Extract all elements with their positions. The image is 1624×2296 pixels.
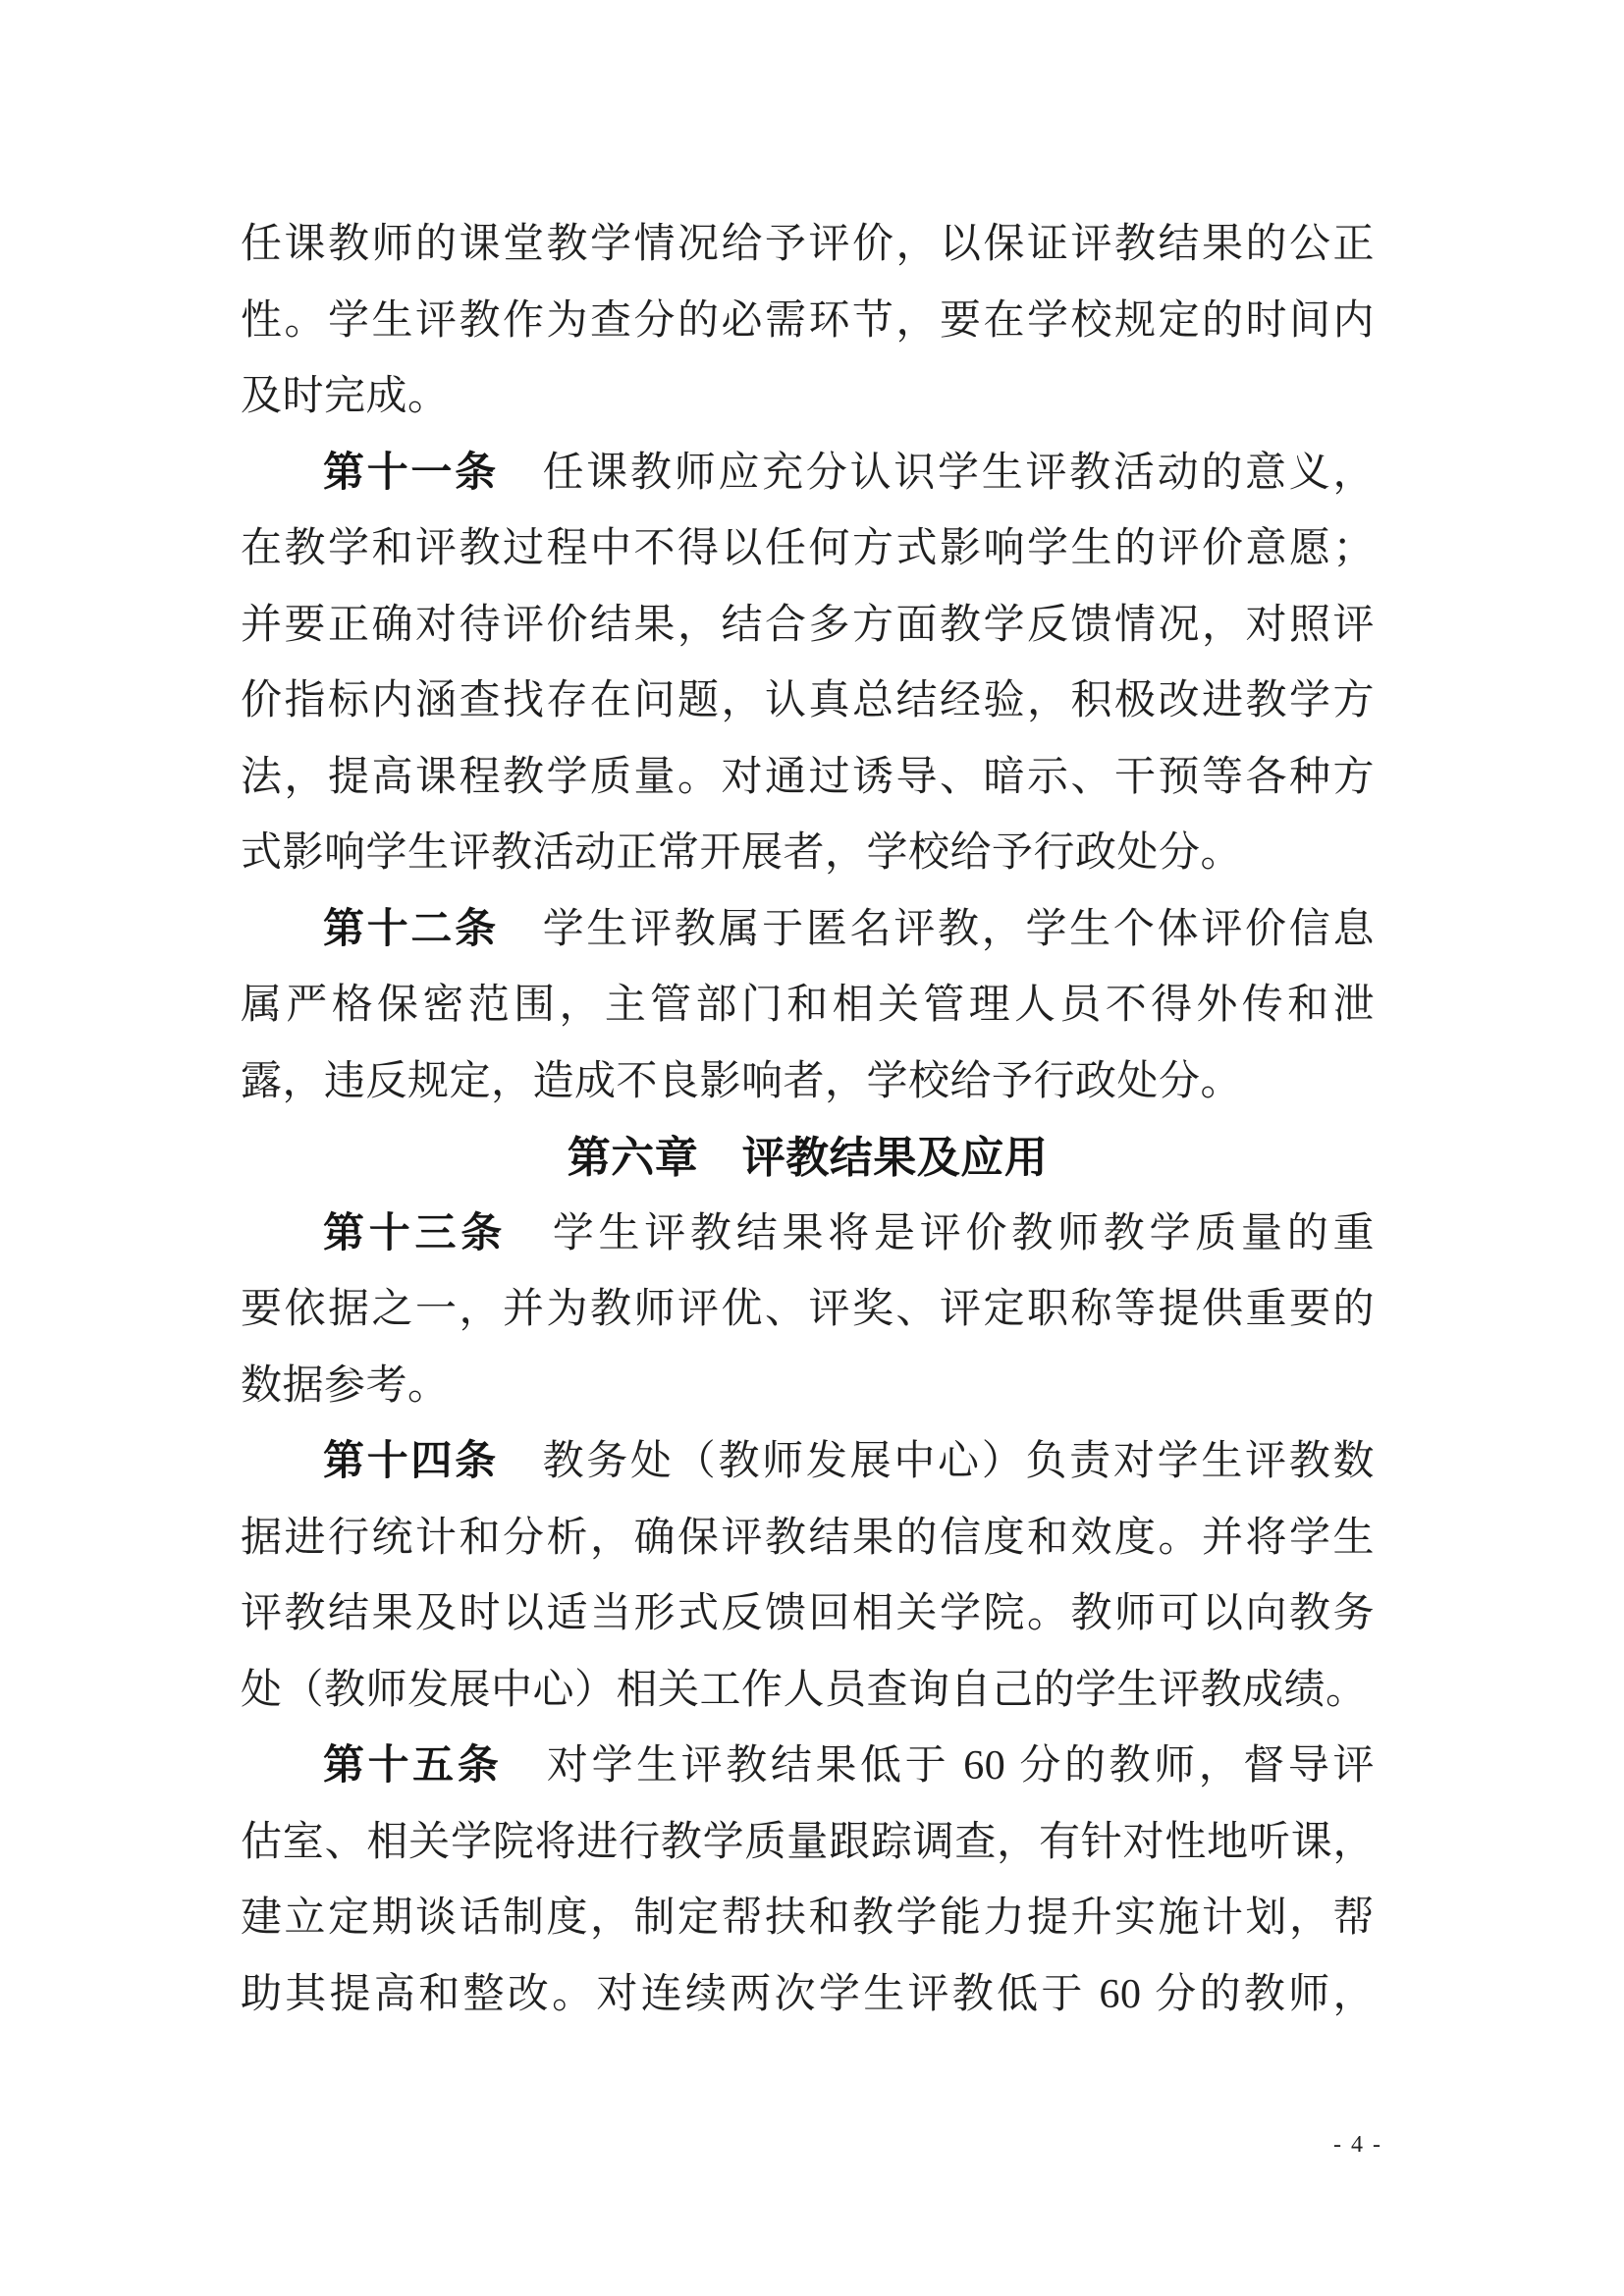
text-line: 要依据之一，并为教师评优、评奖、评定职称等提供重要的 xyxy=(241,1272,1375,1349)
text-line: 任课教师的课堂教学情况给予评价，以保证评教结果的公正 xyxy=(241,207,1375,284)
line-text: 任课教师应充分认识学生评教活动的意义， xyxy=(499,451,1375,496)
text-line: 属严格保密范围，主管部门和相关管理人员不得外传和泄 xyxy=(241,968,1375,1044)
article-number: 第十四条 xyxy=(323,1439,499,1484)
text-line: 及时完成。 xyxy=(241,359,1375,436)
text-line: 露，违反规定，造成不良影响者，学校给予行政处分。 xyxy=(241,1044,1375,1121)
line-text: 学生评教属于匿名评教，学生个体评价信息 xyxy=(499,907,1375,952)
text-line: 第十一条 任课教师应充分认识学生评教活动的意义， xyxy=(241,436,1375,512)
text-line: 建立定期谈话制度，制定帮扶和教学能力提升实施计划，帮 xyxy=(241,1881,1375,1957)
text-line: 性。学生评教作为查分的必需环节，要在学校规定的时间内 xyxy=(241,284,1375,360)
line-text: 对学生评教结果低于 60 分的教师，督导评 xyxy=(502,1743,1375,1789)
document-lines: 任课教师的课堂教学情况给予评价，以保证评教结果的公正性。学生评教作为查分的必需环… xyxy=(241,207,1375,2033)
document-page: 任课教师的课堂教学情况给予评价，以保证评教结果的公正性。学生评教作为查分的必需环… xyxy=(0,0,1624,2296)
text-line: 第十四条 教务处（教师发展中心）负责对学生评教数 xyxy=(241,1424,1375,1501)
text-line: 价指标内涵查找存在问题，认真总结经验，积极改进教学方 xyxy=(241,664,1375,740)
article-number: 第十三条 xyxy=(323,1211,507,1256)
text-line: 据进行统计和分析，确保评教结果的信度和效度。并将学生 xyxy=(241,1501,1375,1577)
text-line: 在教学和评教过程中不得以任何方式影响学生的评价意愿； xyxy=(241,511,1375,588)
article-number: 第十二条 xyxy=(323,907,499,952)
text-line: 并要正确对待评价结果，结合多方面教学反馈情况，对照评 xyxy=(241,588,1375,665)
text-line: 第十三条 学生评教结果将是评价教师教学质量的重 xyxy=(241,1197,1375,1273)
text-line: 式影响学生评教活动正常开展者，学校给予行政处分。 xyxy=(241,816,1375,892)
page-number: - 4 - xyxy=(1333,2132,1382,2158)
text-line: 评教结果及时以适当形式反馈回相关学院。教师可以向教务 xyxy=(241,1576,1375,1653)
article-number: 第十五条 xyxy=(323,1743,502,1789)
text-line: 第十二条 学生评教属于匿名评教，学生个体评价信息 xyxy=(241,892,1375,969)
text-line: 助其提高和整改。对连续两次学生评教低于 60 分的教师， xyxy=(241,1957,1375,2034)
text-line: 估室、相关学院将进行教学质量跟踪调查，有针对性地听课， xyxy=(241,1805,1375,1882)
page-footer: - 4 - xyxy=(1333,2130,1382,2160)
line-text: 学生评教结果将是评价教师教学质量的重 xyxy=(507,1211,1375,1256)
text-line: 处（教师发展中心）相关工作人员查询自己的学生评教成绩。 xyxy=(241,1653,1375,1730)
text-line: 第十五条 对学生评教结果低于 60 分的教师，督导评 xyxy=(241,1729,1375,1805)
text-line: 法，提高课程教学质量。对通过诱导、暗示、干预等各种方 xyxy=(241,740,1375,817)
chapter-heading: 第六章 评教结果及应用 xyxy=(241,1120,1375,1197)
text-line: 数据参考。 xyxy=(241,1349,1375,1425)
article-number: 第十一条 xyxy=(323,451,499,496)
line-text: 教务处（教师发展中心）负责对学生评教数 xyxy=(499,1439,1375,1484)
